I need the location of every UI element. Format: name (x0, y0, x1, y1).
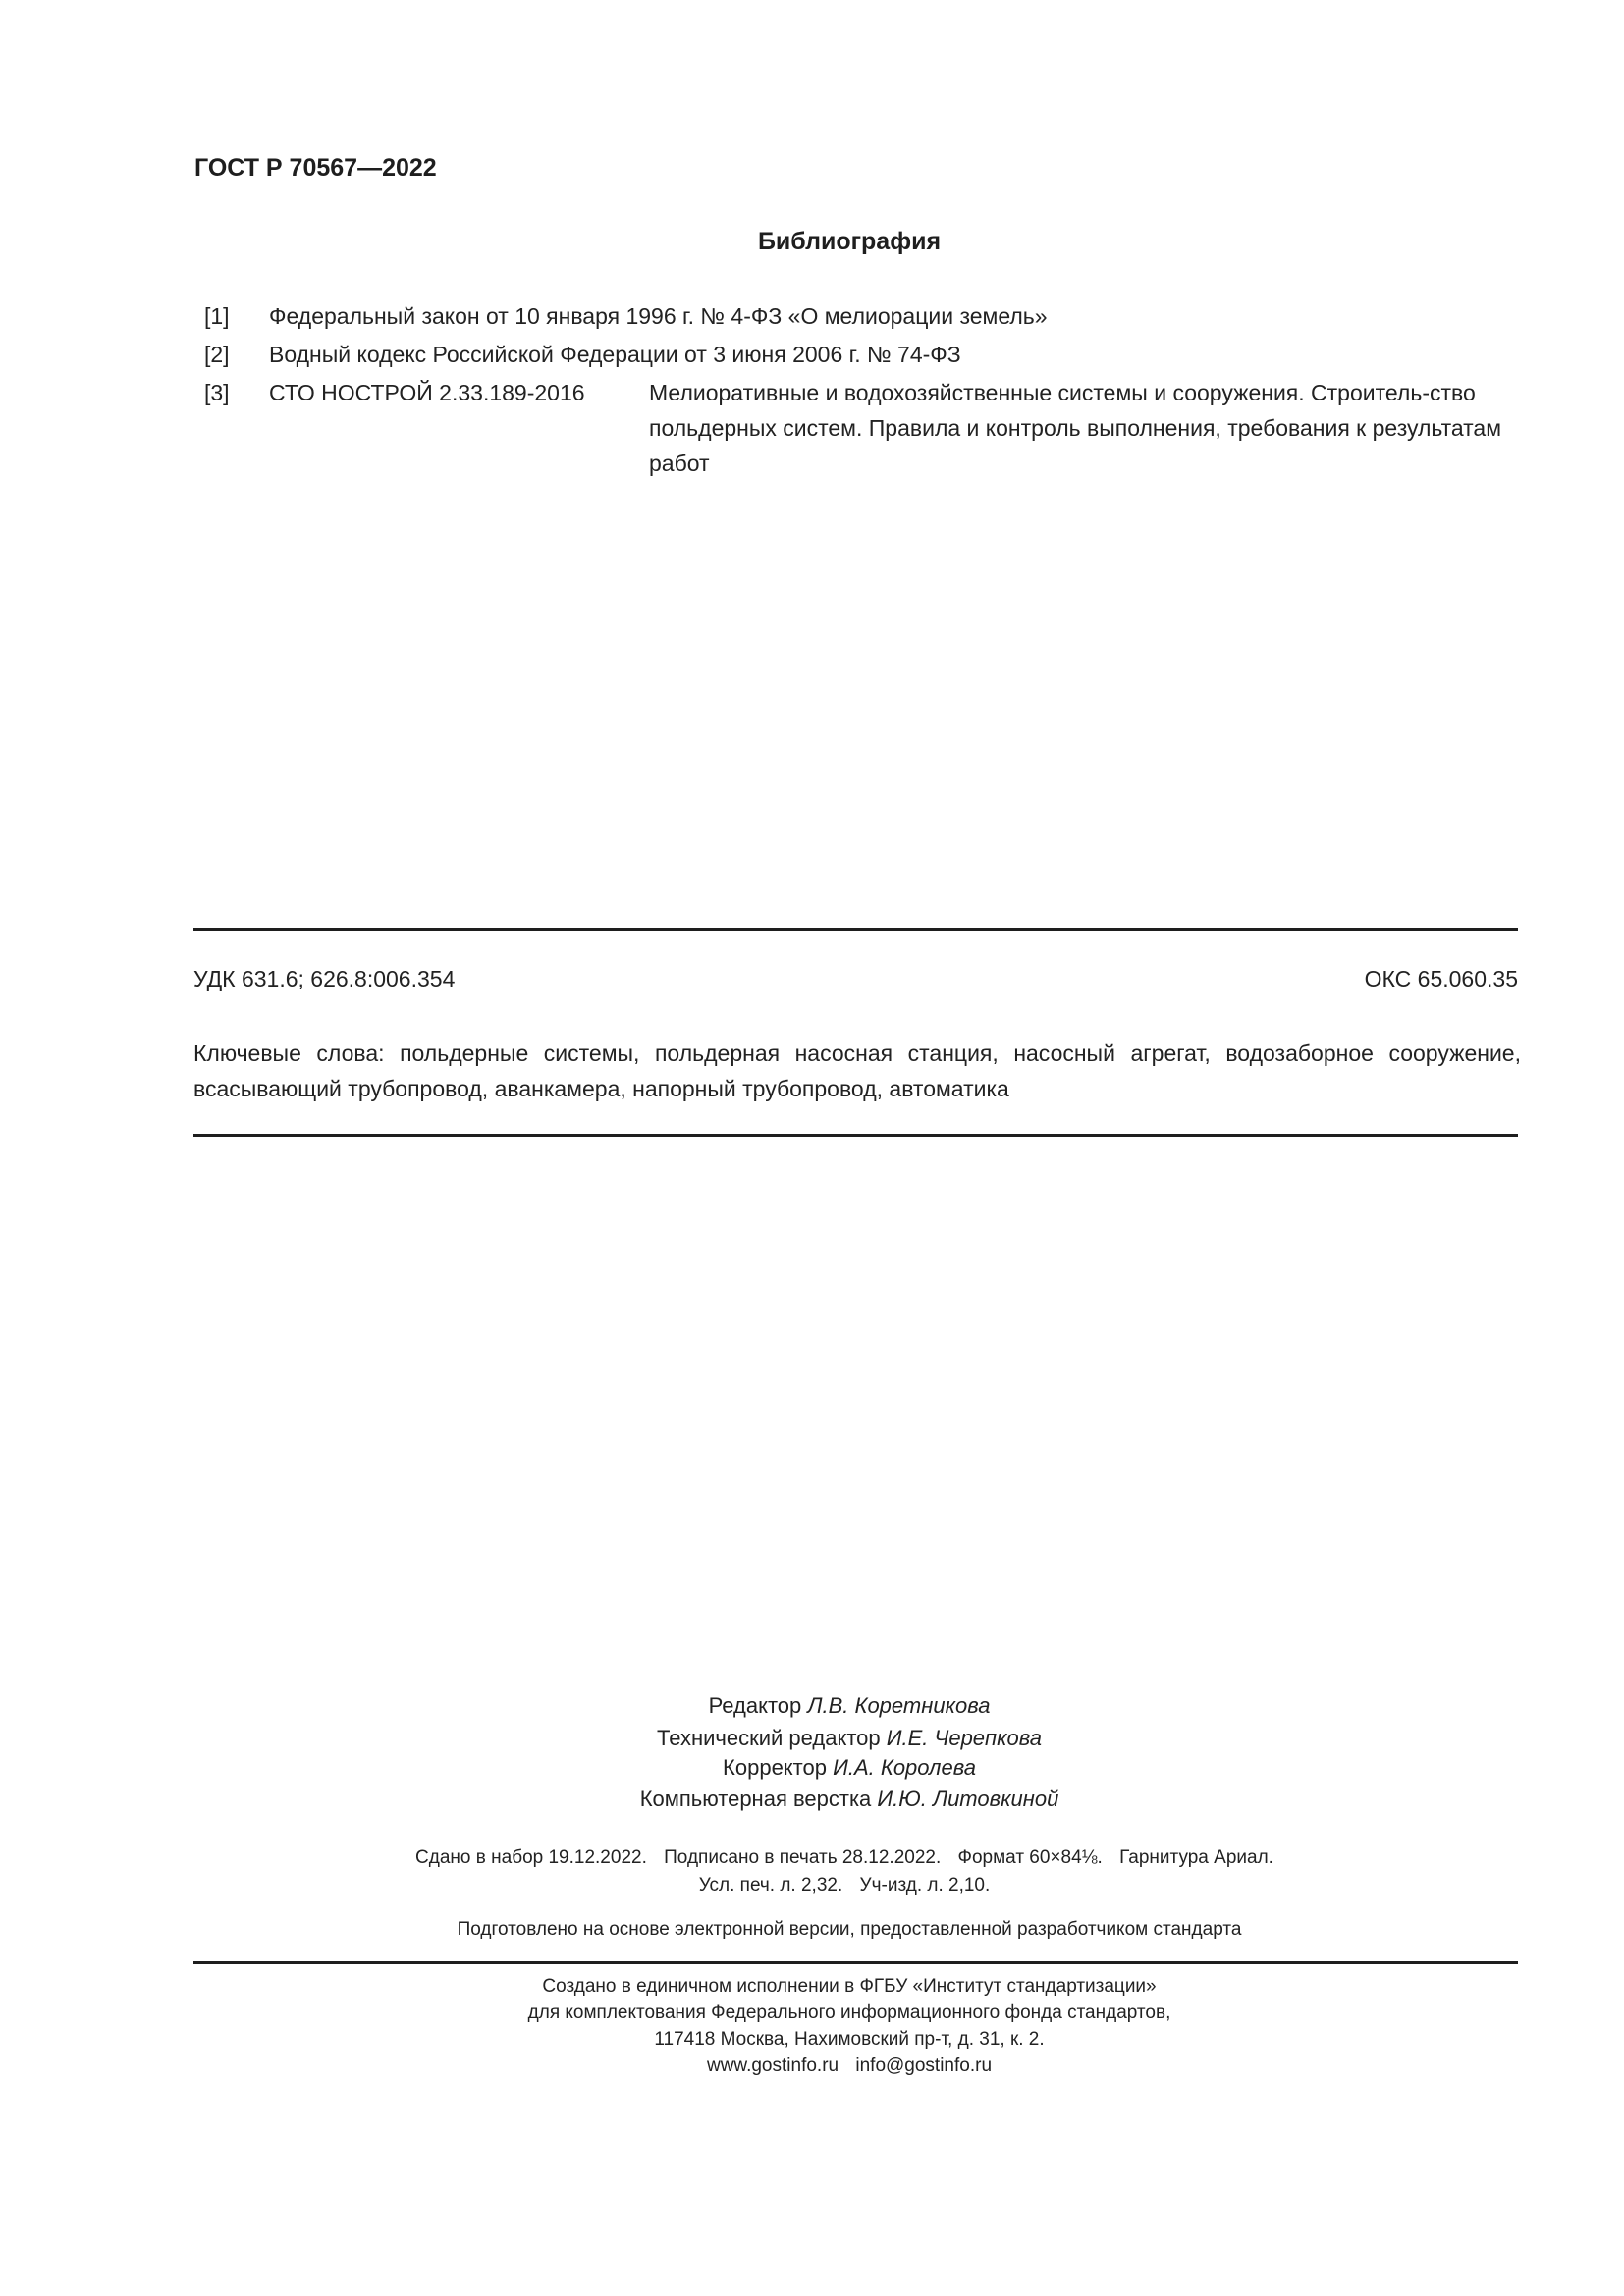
print-info-line2: Усл. печ. л. 2,32. Уч-изд. л. 2,10. (0, 1872, 1624, 1899)
credit-layout: Компьютерная верстка И.Ю. Литовкиной (0, 1784, 1624, 1815)
print-format: Формат 60×84⅛. (958, 1847, 1103, 1868)
oks-code: ОКС 65.060.35 (1365, 966, 1518, 992)
footer-contacts: www.gostinfo.ru info@gostinfo.ru (0, 2053, 1624, 2079)
credit-name: И.Е. Черепкова (887, 1726, 1042, 1750)
print-publisher-sheets: Уч-изд. л. 2,10. (860, 1875, 991, 1896)
bibliography-item-code: СТО НОСТРОЙ 2.33.189-2016 (269, 375, 585, 410)
print-printed-sheets: Усл. печ. л. 2,32. (699, 1875, 843, 1896)
bibliography-item-number: [2] (204, 337, 230, 372)
footer-address: 117418 Москва, Нахимовский пр-т, д. 31, … (0, 2026, 1624, 2053)
udk-code: УДК 631.6; 626.8:006.354 (193, 966, 455, 992)
credit-name: И.Ю. Литовкиной (877, 1787, 1058, 1811)
print-signed: Подписано в печать 28.12.2022. (664, 1847, 941, 1868)
credit-editor: Редактор Л.В. Коретникова (0, 1690, 1624, 1722)
prepared-note: Подготовлено на основе электронной верси… (0, 1919, 1624, 1941)
bibliography-item-text: Федеральный закон от 10 января 1996 г. №… (269, 298, 1048, 334)
credit-name: И.А. Королева (833, 1755, 976, 1780)
footer-website-link[interactable]: www.gostinfo.ru (707, 2056, 839, 2076)
keywords: Ключевые слова: польдерные системы, поль… (193, 1036, 1521, 1106)
print-submitted: Сдано в набор 19.12.2022. (415, 1847, 647, 1868)
divider-top (193, 928, 1518, 931)
bibliography-title: Библиография (0, 228, 1624, 256)
credit-technical-editor: Технический редактор И.Е. Черепкова (0, 1723, 1624, 1754)
credit-proofreader: Корректор И.А. Королева (0, 1752, 1624, 1784)
footer-email-link[interactable]: info@gostinfo.ru (855, 2056, 992, 2076)
footer-line1: Создано в единичном исполнении в ФГБУ «И… (0, 1973, 1624, 2000)
print-info-line1: Сдано в набор 19.12.2022. Подписано в пе… (0, 1844, 1624, 1872)
credit-role: Технический редактор (657, 1726, 881, 1750)
footer-line2: для комплектования Федерального информац… (0, 2000, 1624, 2026)
divider-bottom (193, 1961, 1518, 1964)
document-code: ГОСТ Р 70567—2022 (194, 154, 437, 183)
bibliography-item-number: [1] (204, 298, 230, 334)
bibliography-item-text: Водный кодекс Российской Федерации от 3 … (269, 337, 961, 372)
bibliography-item-number: [3] (204, 375, 230, 410)
bibliography-item-text: Мелиоративные и водохозяйственные систем… (649, 375, 1513, 481)
credit-role: Корректор (723, 1755, 827, 1780)
credit-role: Редактор (709, 1693, 802, 1718)
divider-middle (193, 1134, 1518, 1137)
print-typeface: Гарнитура Ариал. (1119, 1847, 1273, 1868)
credit-name: Л.В. Коретникова (807, 1693, 990, 1718)
credit-role: Компьютерная верстка (640, 1787, 872, 1811)
